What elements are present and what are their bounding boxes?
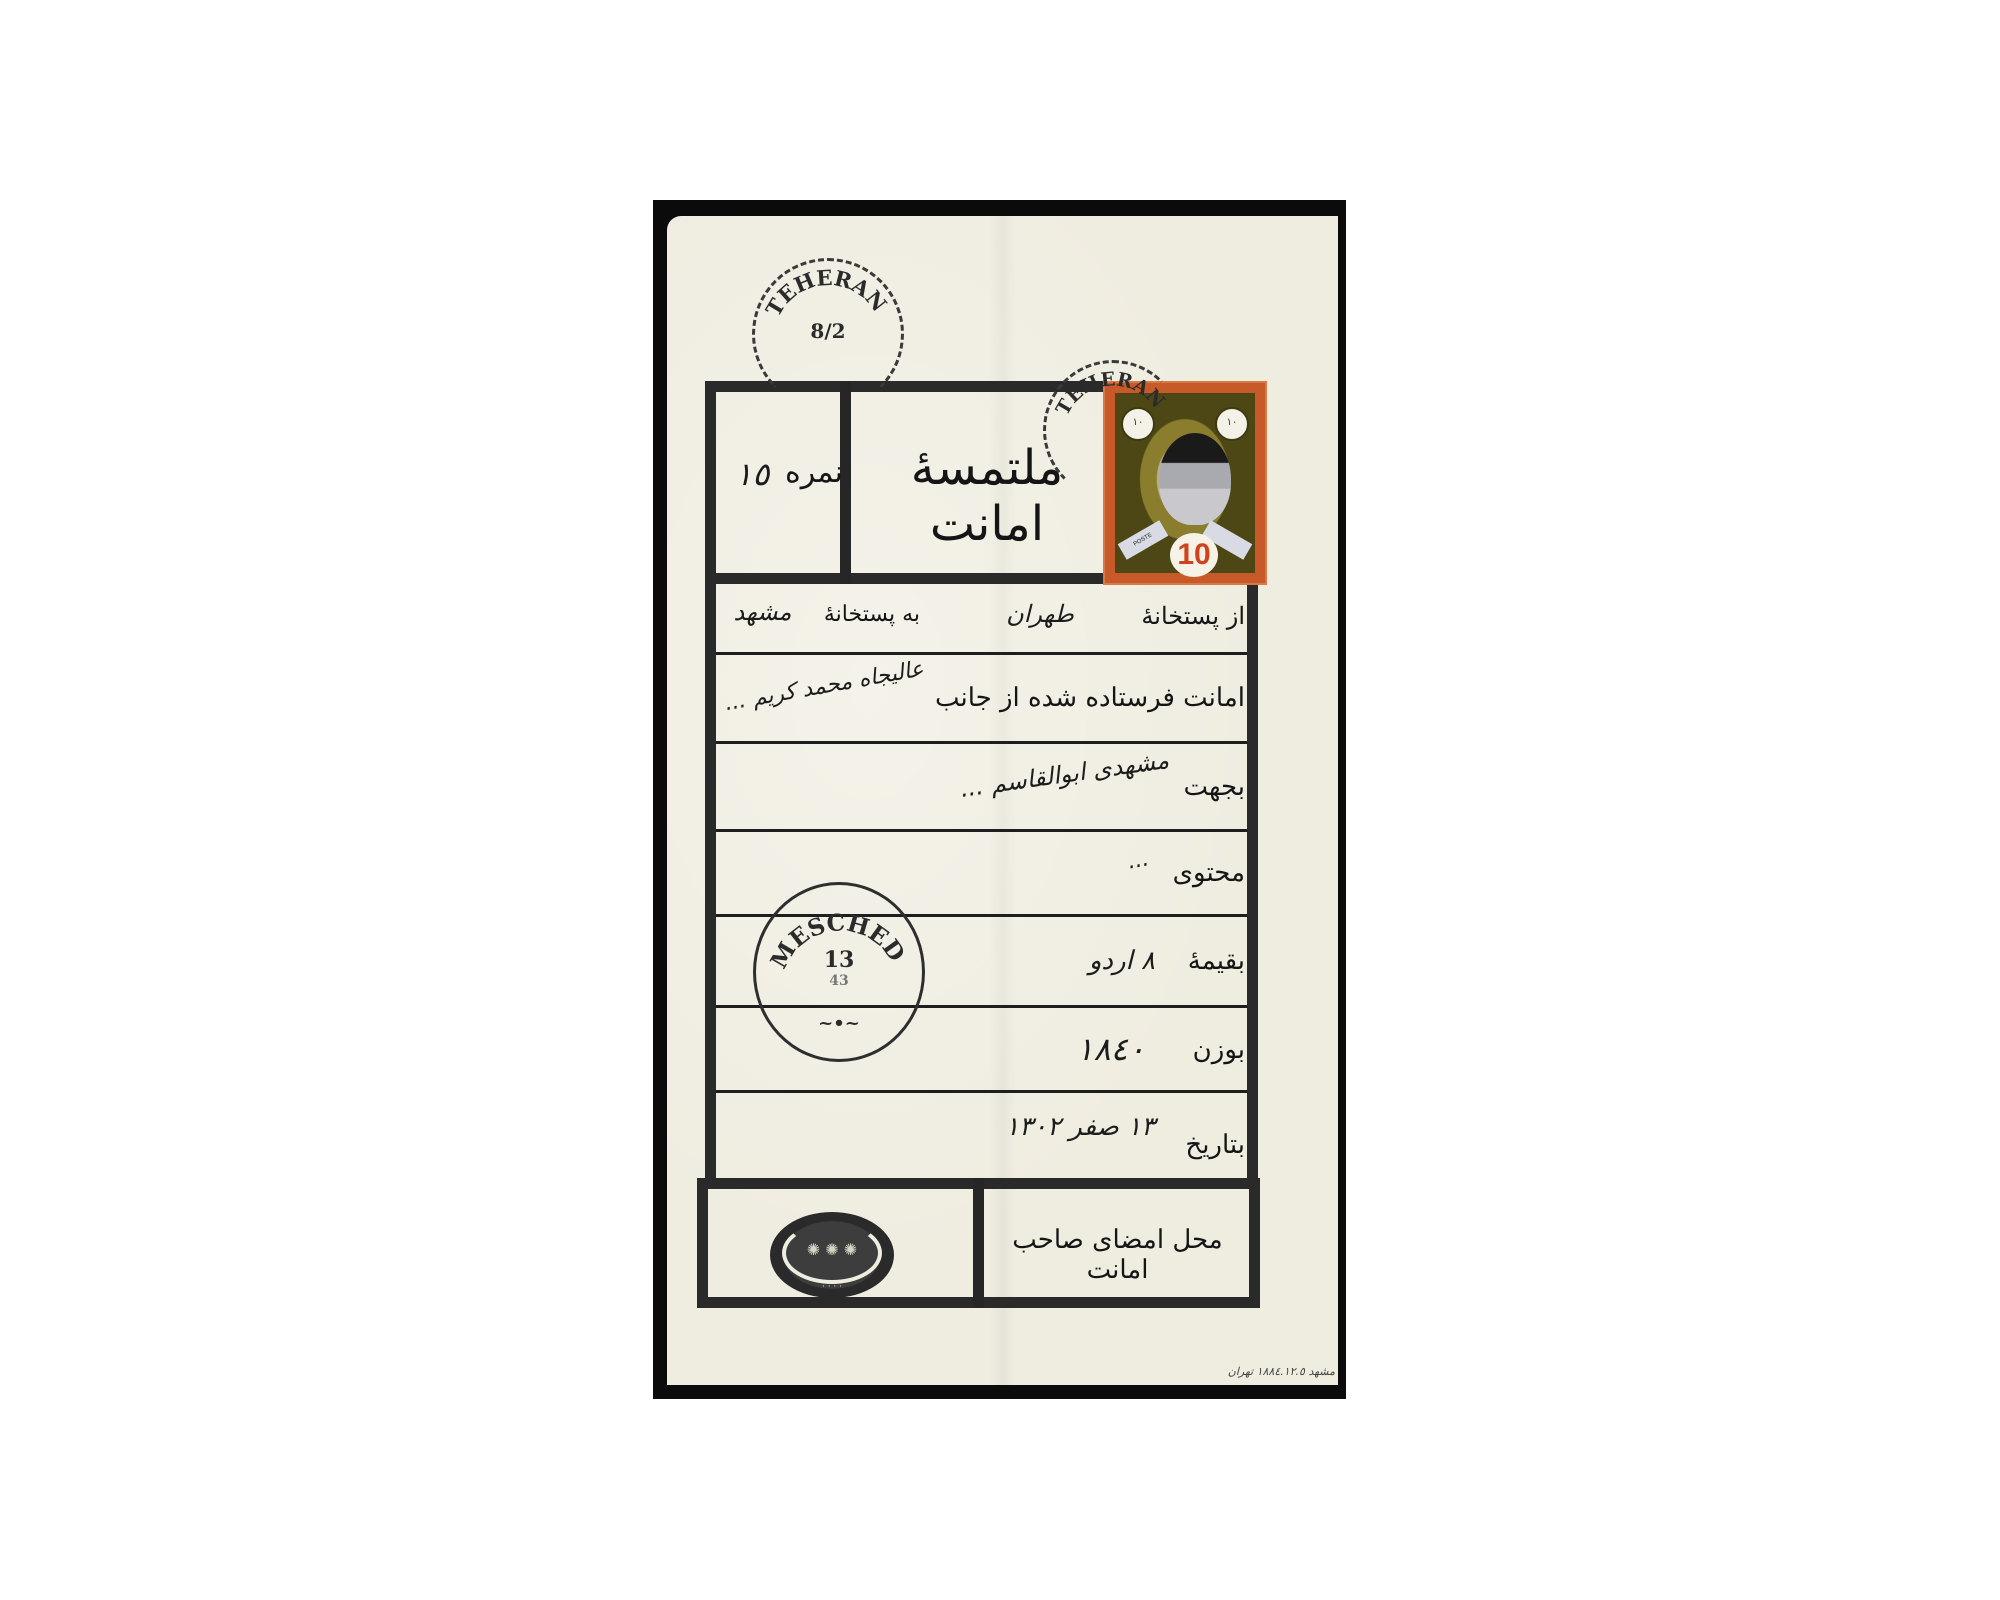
row-divider [716,1090,1247,1093]
row-divider [716,829,1247,832]
row-from-label: از پستخانهٔ [1120,602,1245,630]
receipt-number-value: ١٥ [735,455,769,493]
postmark-mesched: MESCHED 13 43 ~•~ [753,882,925,1062]
postmark-ring-text: TEHERAN [1046,363,1180,497]
postmark-month: 43 [756,973,922,989]
stamp-corner-right: ١٠ [1215,407,1249,441]
postmark-teheran-2: TEHERAN [1043,360,1183,500]
row-weight-label: بوزن [1150,1035,1245,1065]
row-from-value: طهران [990,600,1090,628]
row-recipient-label: بجهت [1180,772,1245,802]
signature-divider [973,1178,984,1308]
postmark-day: 13 [756,947,922,973]
owner-seal-icon: ✺ ✺ ✺ · · · · [770,1212,894,1298]
postmark-teheran-1: TEHERAN 8/2 [752,258,904,410]
row-date-value: ١٣ صفر ١٣٠٢ [985,1112,1155,1142]
postmark-date: 8/2 [755,319,901,343]
pencil-annotation: مشهد ١٨٨٤.١٢.٥ تهران [1215,1365,1335,1378]
seal-date: · · · · [770,1282,894,1292]
row-to-value: مشهد [725,598,800,626]
stamp-country-text: POSTE PERSANE [1118,520,1169,560]
row-date-label: بتاریخ [1160,1130,1245,1160]
stamp-value: 10 [1170,533,1218,577]
row-to-label: به پستخانهٔ [800,602,920,627]
row-contents-label: محتوی [1160,858,1245,888]
row-divider [716,741,1247,744]
receipt-number-label: نمره [785,455,843,490]
postmark-ornament: ~•~ [756,1013,922,1034]
seal-text: ✺ ✺ ✺ [770,1240,894,1259]
svg-text:TEHERAN: TEHERAN [761,265,892,321]
svg-text:TEHERAN: TEHERAN [1051,367,1170,419]
row-value-label: بقیمهٔ [1160,946,1245,976]
row-sender-label: امانت فرستاده شده از جانب [925,683,1245,713]
row-value-value: ٨ اردو [1050,946,1155,976]
row-weight-value: ١٨٤٠ [1035,1030,1145,1068]
signature-label: محل امضای صاحب امانت [990,1225,1245,1285]
row-divider [716,652,1247,655]
